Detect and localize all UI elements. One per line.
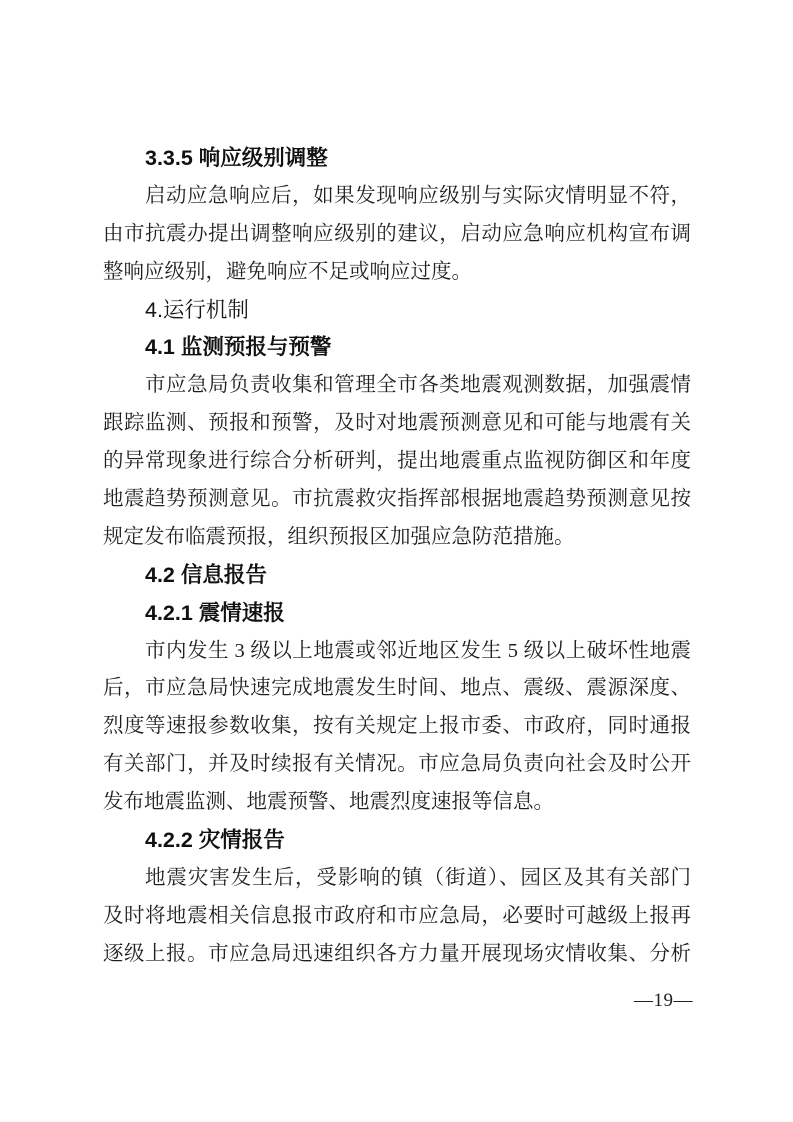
document-page: 3.3.5 响应级别调整 启动应急响应后，如果发现响应级别与实际灾情明显不符， … bbox=[0, 0, 793, 1122]
paragraph-line: 整响应级别，避免响应不足或响应过度。 bbox=[103, 254, 691, 292]
paragraph-line: 地震灾害发生后，受影响的镇（街道）、园区及其有关部门 bbox=[103, 860, 691, 898]
heading-4-2-1-earthquake-quick-report: 4.2.1 震情速报 bbox=[103, 595, 691, 633]
heading-4-1-monitoring-forecast-warning: 4.1 监测预报与预警 bbox=[103, 329, 691, 367]
heading-3-3-5-response-level-adjustment: 3.3.5 响应级别调整 bbox=[103, 140, 691, 178]
paragraph-line: 启动应急响应后，如果发现响应级别与实际灾情明显不符， bbox=[103, 178, 691, 216]
text-block: 3.3.5 响应级别调整 启动应急响应后，如果发现响应级别与实际灾情明显不符， … bbox=[103, 140, 691, 974]
paragraph-line: 跟踪监测、预报和预警，及时对地震预测意见和可能与地震有关 bbox=[103, 405, 691, 443]
paragraph-line: 市内发生 3 级以上地震或邻近地区发生 5 级以上破坏性地震 bbox=[103, 633, 691, 671]
heading-4-operating-mechanism: 4.运行机制 bbox=[103, 292, 691, 330]
page-number: —19— bbox=[634, 990, 693, 1012]
paragraph-line: 的异常现象进行综合分析研判，提出地震重点监视防御区和年度 bbox=[103, 443, 691, 481]
paragraph-line: 后，市应急局快速完成地震发生时间、地点、震级、震源深度、 bbox=[103, 670, 691, 708]
heading-4-2-2-disaster-reporting: 4.2.2 灾情报告 bbox=[103, 822, 691, 860]
paragraph-line: 烈度等速报参数收集，按有关规定上报市委、市政府，同时通报 bbox=[103, 708, 691, 746]
paragraph-line: 规定发布临震预报，组织预报区加强应急防范措施。 bbox=[103, 519, 691, 557]
paragraph-line: 逐级上报。市应急局迅速组织各方力量开展现场灾情收集、分析 bbox=[103, 936, 691, 974]
paragraph-line: 市应急局负责收集和管理全市各类地震观测数据，加强震情 bbox=[103, 367, 691, 405]
paragraph-line: 由市抗震办提出调整响应级别的建议，启动应急响应机构宣布调 bbox=[103, 216, 691, 254]
heading-4-2-information-reporting: 4.2 信息报告 bbox=[103, 557, 691, 595]
paragraph-line: 及时将地震相关信息报市政府和市应急局，必要时可越级上报再 bbox=[103, 898, 691, 936]
paragraph-line: 有关部门，并及时续报有关情况。市应急局负责向社会及时公开 bbox=[103, 746, 691, 784]
paragraph-line: 地震趋势预测意见。市抗震救灾指挥部根据地震趋势预测意见按 bbox=[103, 481, 691, 519]
paragraph-line: 发布地震监测、地震预警、地震烈度速报等信息。 bbox=[103, 784, 691, 822]
